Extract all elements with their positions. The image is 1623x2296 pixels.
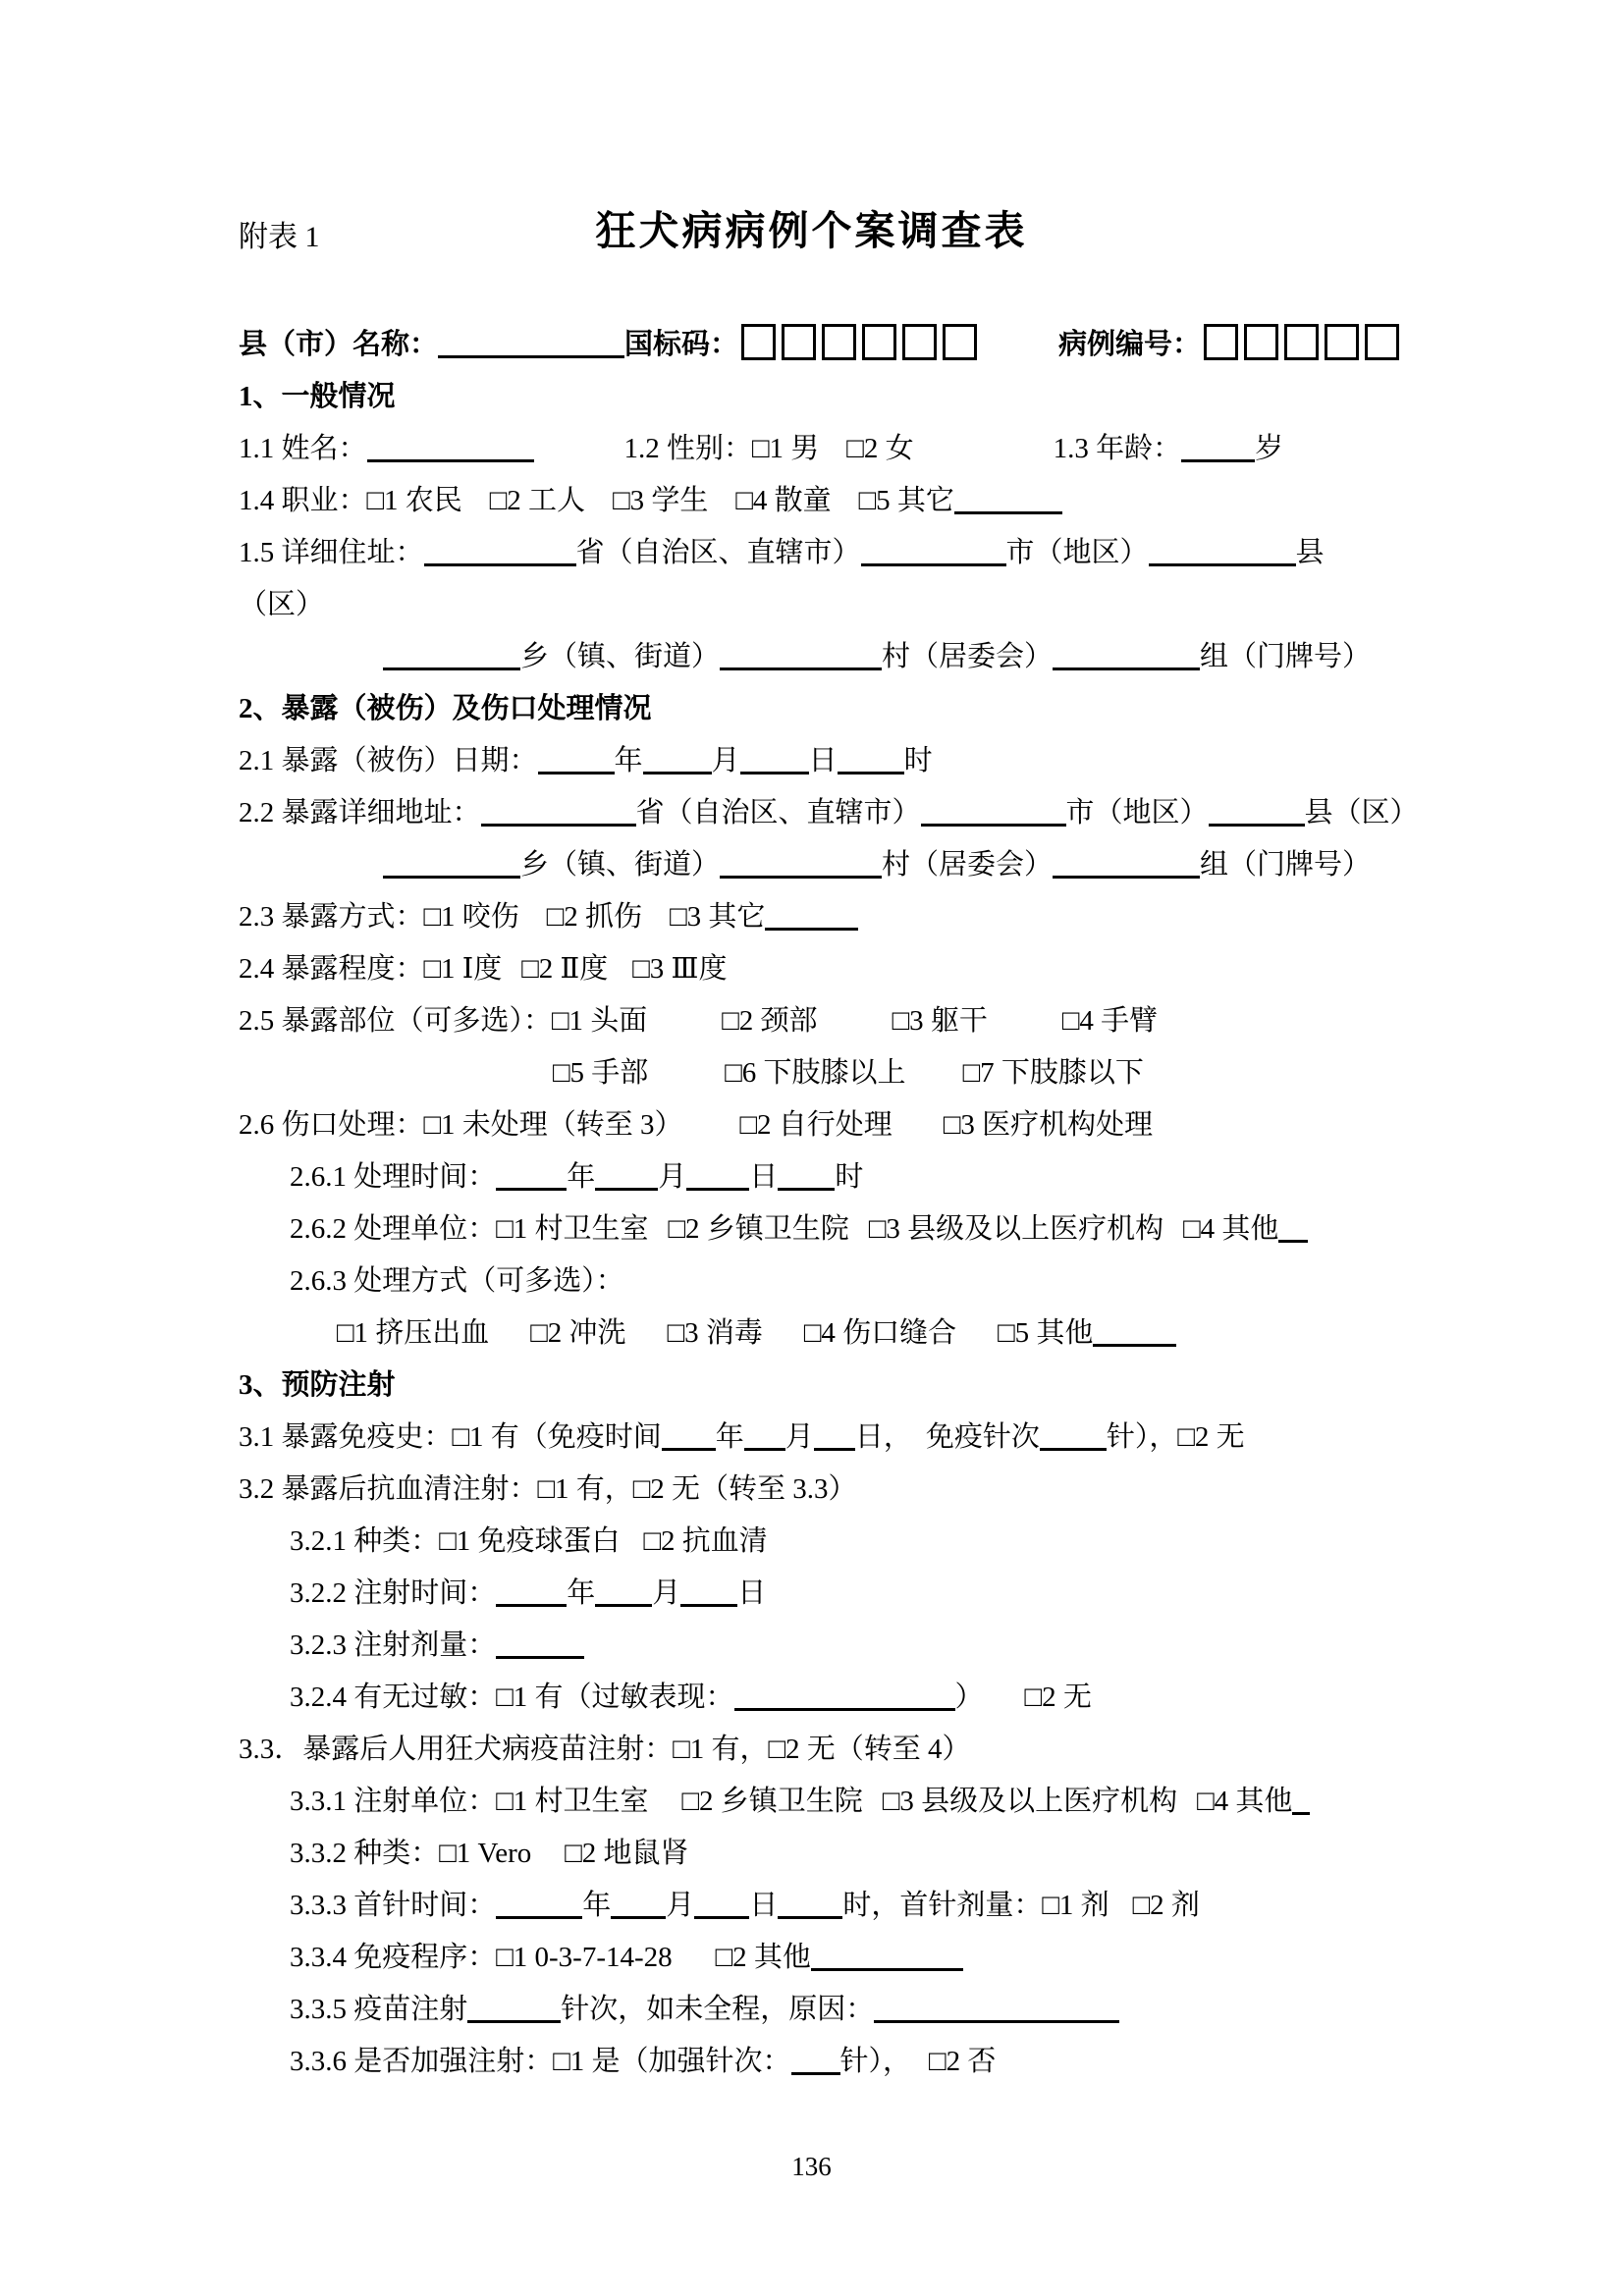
form-body: 县（市）名称：国标码：病例编号：1、一般情况1.1 姓名：1.2 性别：□1 男… xyxy=(239,319,1456,2088)
code-boxes xyxy=(1201,319,1402,371)
form-text: □4 其他 xyxy=(1183,1213,1278,1245)
line-3-3-6: 3.3.6 是否加强注射：□1 是（加强针次：针），□2 否 xyxy=(239,2036,1456,2088)
form-text: 日 xyxy=(749,1161,778,1193)
form-text: □3 县级及以上医疗机构 xyxy=(883,1786,1177,1817)
form-text: 乡（镇、街道） xyxy=(520,849,720,881)
blank-field xyxy=(1093,1344,1176,1347)
code-box xyxy=(741,324,776,360)
form-text: 县（区） xyxy=(1305,797,1419,828)
code-box xyxy=(1365,324,1399,360)
form-text: 1.4 职业：□1 农民 xyxy=(239,485,462,516)
form-text: □5 其他 xyxy=(998,1317,1093,1349)
form-text: 年 xyxy=(567,1161,595,1193)
blank-field xyxy=(791,2072,840,2075)
form-text: □1 挤压出血 xyxy=(337,1317,489,1349)
blank-field xyxy=(481,824,636,827)
form-text: 2.6 伤口处理：□1 未处理（转至 3） xyxy=(239,1109,683,1141)
form-text: 时 xyxy=(835,1161,863,1193)
form-text: 省（自治区、直辖市） xyxy=(636,797,921,828)
form-text: 组（门牌号） xyxy=(1200,641,1371,672)
blank-field xyxy=(662,1448,716,1451)
form-text: 3.3.2 种类：□1 Vero xyxy=(290,1838,531,1869)
form-text: 2.1 暴露（被伤）日期： xyxy=(239,745,538,776)
form-text: 2.6.1 处理时间： xyxy=(290,1161,496,1193)
form-text: □2 否 xyxy=(929,2046,996,2077)
form-text: □4 散童 xyxy=(735,485,831,516)
line-3-2-4: 3.2.4 有无过敏：□1 有（过敏表现：）□2 无 xyxy=(239,1672,1456,1724)
code-box xyxy=(822,324,856,360)
blank-field xyxy=(383,876,520,879)
code-box xyxy=(943,324,977,360)
form-text: □3 医疗机构处理 xyxy=(944,1109,1153,1141)
form-text: 月 xyxy=(785,1421,814,1453)
form-text: 2.6.2 处理单位：□1 村卫生室 xyxy=(290,1213,649,1245)
form-text: 月 xyxy=(712,745,740,776)
blank-field xyxy=(1292,1812,1310,1815)
blank-field xyxy=(496,1604,567,1607)
form-text: 年 xyxy=(567,1577,595,1609)
blank-field xyxy=(720,667,882,670)
form-text: 村（居委会） xyxy=(882,641,1053,672)
form-text: 年 xyxy=(582,1890,611,1921)
line-3-2-2: 3.2.2 注射时间：年月日 xyxy=(239,1568,1456,1620)
code-box xyxy=(1244,324,1278,360)
form-text: 时，首针剂量：□1 剂 xyxy=(842,1890,1109,1921)
line-2-2-address2: 乡（镇、街道）村（居委会）组（门牌号） xyxy=(239,839,1456,891)
form-text: □2 抓伤 xyxy=(547,901,642,933)
form-text: 2.4 暴露程度：□1 Ⅰ度 xyxy=(239,953,502,985)
line-2-4: 2.4 暴露程度：□1 Ⅰ度□2 Ⅱ度□3 Ⅲ度 xyxy=(239,943,1456,995)
line-2-6-3: 2.6.3 处理方式（可多选）： xyxy=(239,1255,1456,1308)
form-text: 国标码： xyxy=(624,329,738,360)
blank-field xyxy=(367,459,534,462)
blank-field xyxy=(1149,563,1296,566)
form-text: 日 xyxy=(749,1890,778,1921)
line-2-2: 2.2 暴露详细地址：省（自治区、直辖市）市（地区）县（区） xyxy=(239,787,1456,839)
code-box xyxy=(862,324,896,360)
line-3-3: 3.3．暴露后人用狂犬病疫苗注射：□1 有，□2 无（转至 4） xyxy=(239,1724,1456,1776)
form-text: 县 xyxy=(1296,537,1325,568)
form-text: □2 颈部 xyxy=(722,1005,817,1037)
blank-field xyxy=(1053,667,1200,670)
form-text: 1、一般情况 xyxy=(239,381,396,412)
section-1-heading: 1、一般情况 xyxy=(239,371,1456,423)
form-text: □4 伤口缝合 xyxy=(804,1317,956,1349)
blank-field xyxy=(424,563,576,566)
form-text: 乡（镇、街道） xyxy=(520,641,720,672)
form-text: □2 自行处理 xyxy=(740,1109,893,1141)
form-text: 3.2.1 种类：□1 免疫球蛋白 xyxy=(290,1525,621,1557)
form-text: 2.5 暴露部位（可多选）：□1 头面 xyxy=(239,1005,647,1037)
blank-field xyxy=(1040,1448,1107,1451)
blank-field xyxy=(595,1604,652,1607)
blank-field xyxy=(921,824,1066,827)
form-text: 县（市）名称： xyxy=(239,329,438,360)
line-3-3-4: 3.3.4 免疫程序：□1 0-3-7-14-28□2 其他 xyxy=(239,1932,1456,1984)
line-2-6-2: 2.6.2 处理单位：□1 村卫生室□2 乡镇卫生院□3 县级及以上医疗机构□4… xyxy=(239,1203,1456,1255)
form-text: 针次，如未全程，原因： xyxy=(561,1994,874,2025)
code-box xyxy=(902,324,937,360)
form-text: □4 其他 xyxy=(1197,1786,1292,1817)
form-text: 免疫针次 xyxy=(926,1421,1040,1453)
form-text: 村（居委会） xyxy=(882,849,1053,881)
blank-field xyxy=(765,928,858,931)
blank-field xyxy=(811,1968,963,1971)
form-text: □3 其它 xyxy=(670,901,765,933)
line-3-3-5: 3.3.5 疫苗注射针次，如未全程，原因： xyxy=(239,1984,1456,2036)
form-text: （区） xyxy=(239,589,324,620)
form-text: □5 手部 xyxy=(553,1057,648,1089)
blank-field xyxy=(954,511,1062,514)
blank-field xyxy=(694,1916,749,1919)
blank-field xyxy=(680,1604,737,1607)
document-page: 附表 1 狂犬病病例个案调查表 县（市）名称：国标码：病例编号：1、一般情况1.… xyxy=(0,0,1623,2296)
line-1-4: 1.4 职业：□1 农民□2 工人□3 学生□4 散童□5 其它 xyxy=(239,475,1456,527)
form-text: 3.3.1 注射单位：□1 村卫生室 xyxy=(290,1786,649,1817)
form-text: 市（地区） xyxy=(1066,797,1209,828)
form-text: □3 消毒 xyxy=(668,1317,763,1349)
line-2-6: 2.6 伤口处理：□1 未处理（转至 3）□2 自行处理□3 医疗机构处理 xyxy=(239,1099,1456,1151)
form-text: □2 地鼠肾 xyxy=(565,1838,688,1869)
form-text: □5 其它 xyxy=(859,485,954,516)
page-title: 狂犬病病例个案调查表 xyxy=(0,198,1623,256)
form-text: □2 乡镇卫生院 xyxy=(669,1213,849,1245)
blank-field xyxy=(1181,459,1255,462)
line-2-6-3-options: □1 挤压出血□2 冲洗□3 消毒□4 伤口缝合□5 其他 xyxy=(239,1308,1456,1360)
blank-field xyxy=(496,1188,567,1191)
line-3-2-1: 3.2.1 种类：□1 免疫球蛋白□2 抗血清 xyxy=(239,1516,1456,1568)
form-text: □2 剂 xyxy=(1133,1890,1200,1921)
form-text: 日 xyxy=(809,745,838,776)
form-text: □2 乡镇卫生院 xyxy=(682,1786,863,1817)
blank-field xyxy=(720,876,882,879)
form-text: 日， xyxy=(855,1421,912,1453)
code-box xyxy=(1325,324,1359,360)
form-text: 3.3.6 是否加强注射：□1 是（加强针次： xyxy=(290,2046,791,2077)
blank-field xyxy=(874,2020,1119,2023)
blank-field xyxy=(611,1916,666,1919)
form-text: 日 xyxy=(737,1577,766,1609)
line-3-2: 3.2 暴露后抗血清注射：□1 有，□2 无（转至 3.3） xyxy=(239,1464,1456,1516)
form-text: 时 xyxy=(904,745,933,776)
form-text: 3.2 暴露后抗血清注射：□1 有，□2 无（转至 3.3） xyxy=(239,1473,857,1505)
form-text: □7 下肢膝以下 xyxy=(963,1057,1144,1089)
blank-field xyxy=(538,772,615,774)
line-1-5-address2: 乡（镇、街道）村（居委会）组（门牌号） xyxy=(239,631,1456,683)
form-text: 1.2 性别：□1 男 xyxy=(624,433,820,464)
form-text: □2 冲洗 xyxy=(530,1317,625,1349)
form-text: 2.6.3 处理方式（可多选）： xyxy=(290,1265,624,1297)
form-text: □2 女 xyxy=(846,433,913,464)
blank-field xyxy=(643,772,712,774)
form-text: □2 无 xyxy=(1025,1682,1092,1713)
form-text: 3.1 暴露免疫史：□1 有（免疫时间 xyxy=(239,1421,662,1453)
form-text: 岁 xyxy=(1255,433,1283,464)
form-text: □2 工人 xyxy=(490,485,585,516)
blank-field xyxy=(861,563,1006,566)
form-text: □4 手臂 xyxy=(1062,1005,1158,1037)
line-1-1: 1.1 姓名：1.2 性别：□1 男□2 女1.3 年龄：岁 xyxy=(239,423,1456,475)
blank-field xyxy=(686,1188,749,1191)
blank-field xyxy=(734,1708,955,1711)
form-text: □2 抗血清 xyxy=(644,1525,768,1557)
form-text: ） xyxy=(955,1682,984,1713)
line-3-3-3: 3.3.3 首针时间：年月日时，首针剂量：□1 剂□2 剂 xyxy=(239,1880,1456,1932)
blank-field xyxy=(814,1448,855,1451)
form-text: 1.5 详细住址： xyxy=(239,537,424,568)
blank-field xyxy=(1053,876,1200,879)
header-fields-row: 县（市）名称：国标码：病例编号： xyxy=(239,319,1456,371)
code-boxes xyxy=(738,319,980,371)
page-number: 136 xyxy=(0,2152,1623,2182)
form-text: 1.1 姓名： xyxy=(239,433,367,464)
code-box xyxy=(1204,324,1238,360)
line-2-5b: □5 手部□6 下肢膝以上□7 下肢膝以下 xyxy=(239,1047,1456,1099)
form-text: 3.3.5 疫苗注射 xyxy=(290,1994,467,2025)
line-3-3-1: 3.3.1 注射单位：□1 村卫生室□2 乡镇卫生院□3 县级及以上医疗机构□4… xyxy=(239,1776,1456,1828)
form-text: 3.3．暴露后人用狂犬病疫苗注射：□1 有，□2 无（转至 4） xyxy=(239,1734,971,1765)
blank-field xyxy=(838,772,904,774)
line-3-2-3: 3.2.3 注射剂量： xyxy=(239,1620,1456,1672)
line-1-5: 1.5 详细住址：省（自治区、直辖市）市（地区）县 xyxy=(239,527,1456,579)
line-2-6-1: 2.6.1 处理时间：年月日时 xyxy=(239,1151,1456,1203)
form-text: 2.3 暴露方式：□1 咬伤 xyxy=(239,901,519,933)
blank-field xyxy=(778,1916,842,1919)
form-text: 3.2.4 有无过敏：□1 有（过敏表现： xyxy=(290,1682,734,1713)
form-text: □3 躯干 xyxy=(893,1005,988,1037)
form-text: 月 xyxy=(652,1577,680,1609)
blank-field xyxy=(595,1188,658,1191)
form-text: 3.2.3 注射剂量： xyxy=(290,1629,496,1661)
form-text: □2 其他 xyxy=(716,1942,811,1973)
blank-field xyxy=(1278,1240,1308,1243)
form-text: 3.2.2 注射时间： xyxy=(290,1577,496,1609)
form-text: □3 县级及以上医疗机构 xyxy=(869,1213,1163,1245)
form-text: 病例编号： xyxy=(1058,329,1201,360)
form-text: 针），□2 无 xyxy=(1107,1421,1245,1453)
form-text: 3.3.3 首针时间： xyxy=(290,1890,496,1921)
form-text: 市（地区） xyxy=(1006,537,1149,568)
blank-field xyxy=(467,2020,561,2023)
code-box xyxy=(1284,324,1319,360)
blank-field xyxy=(1209,824,1305,827)
form-text: 年 xyxy=(716,1421,744,1453)
form-text: 月 xyxy=(658,1161,686,1193)
blank-field xyxy=(740,772,809,774)
form-text: 月 xyxy=(666,1890,694,1921)
form-text: 1.3 年龄： xyxy=(1054,433,1182,464)
form-text: □3 学生 xyxy=(613,485,708,516)
form-text: 3.3.4 免疫程序：□1 0-3-7-14-28 xyxy=(290,1942,673,1973)
form-text: □3 Ⅲ度 xyxy=(632,953,727,985)
line-2-3: 2.3 暴露方式：□1 咬伤□2 抓伤□3 其它 xyxy=(239,891,1456,943)
blank-field xyxy=(438,355,624,358)
blank-field xyxy=(778,1188,835,1191)
line-2-1: 2.1 暴露（被伤）日期：年月日时 xyxy=(239,735,1456,787)
blank-field xyxy=(744,1448,785,1451)
section-3-heading: 3、预防注射 xyxy=(239,1360,1456,1412)
blank-field xyxy=(496,1916,582,1919)
blank-field xyxy=(496,1656,584,1659)
line-3-3-2: 3.3.2 种类：□1 Vero□2 地鼠肾 xyxy=(239,1828,1456,1880)
form-text: 省（自治区、直辖市） xyxy=(576,537,861,568)
form-text: 2.2 暴露详细地址： xyxy=(239,797,481,828)
form-text: 2、暴露（被伤）及伤口处理情况 xyxy=(239,693,652,724)
form-text: □6 下肢膝以上 xyxy=(725,1057,905,1089)
form-text: □2 Ⅱ度 xyxy=(521,953,608,985)
form-text: 针）， xyxy=(840,2046,912,2077)
section-2-heading: 2、暴露（被伤）及伤口处理情况 xyxy=(239,683,1456,735)
blank-field xyxy=(383,667,520,670)
form-text: 组（门牌号） xyxy=(1200,849,1371,881)
code-box xyxy=(782,324,816,360)
line-2-5: 2.5 暴露部位（可多选）：□1 头面□2 颈部□3 躯干□4 手臂 xyxy=(239,995,1456,1047)
line-3-1: 3.1 暴露免疫史：□1 有（免疫时间年月日，免疫针次针），□2 无 xyxy=(239,1412,1456,1464)
line-1-5-qu: （区） xyxy=(239,579,1456,631)
form-text: 3、预防注射 xyxy=(239,1369,396,1401)
form-text: 年 xyxy=(615,745,643,776)
